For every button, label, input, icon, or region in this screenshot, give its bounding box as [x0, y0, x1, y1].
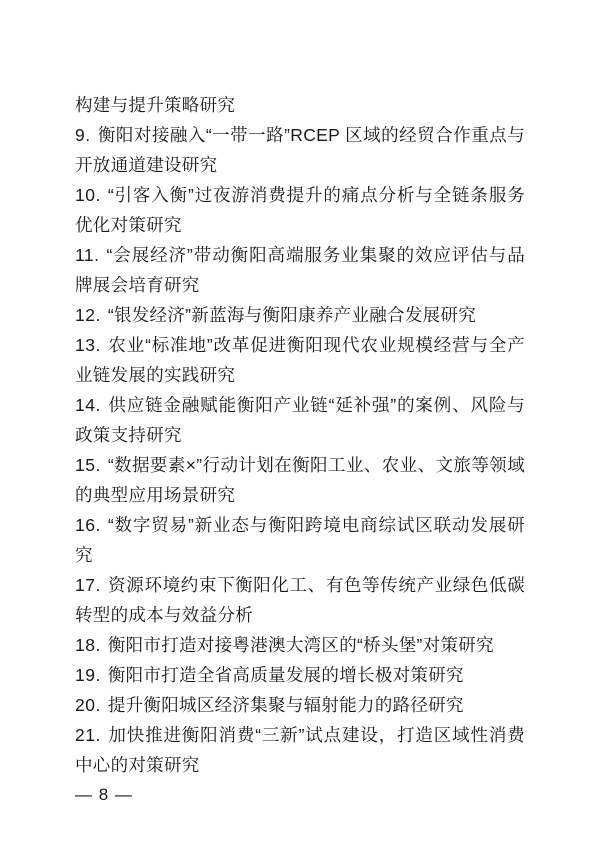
item-number: 12.: [75, 305, 101, 325]
list-item-11: 11.“会展经济”带动衡阳高端服务业集聚的效应评估与品牌展会培育研究: [75, 240, 525, 300]
item-text: “银发经济”新蓝海与衡阳康养产业融合发展研究: [108, 305, 476, 325]
item-number: 9.: [75, 125, 91, 145]
list-item-18: 18.衡阳市打造对接粤港澳大湾区的“桥头堡”对策研究: [75, 630, 525, 660]
list-item-12: 12.“银发经济”新蓝海与衡阳康养产业融合发展研究: [75, 300, 525, 330]
item-number: 15.: [75, 455, 101, 475]
item-text: “引客入衡”过夜游消费提升的痛点分析与全链条服务优化对策研究: [75, 185, 525, 235]
item-text: 衡阳市打造全省高质量发展的增长极对策研究: [108, 665, 464, 685]
item-number: 10.: [75, 185, 101, 205]
item-text: 加快推进衡阳消费“三新”试点建设，打造区域性消费中心的对策研究: [75, 725, 525, 775]
item-text: “数据要素×”行动计划在衡阳工业、农业、文旅等领域的典型应用场景研究: [75, 455, 525, 505]
item-text: “数字贸易”新业态与衡阳跨境电商综试区联动发展研究: [75, 515, 525, 565]
list-item-9: 9.衡阳对接融入“一带一路”RCEP 区域的经贸合作重点与开放通道建设研究: [75, 120, 525, 180]
item-text: 农业“标准地”改革促进衡阳现代农业规模经营与全产业链发展的实践研究: [75, 335, 525, 385]
list-item-10: 10.“引客入衡”过夜游消费提升的痛点分析与全链条服务优化对策研究: [75, 180, 525, 240]
item-text: 衡阳市打造对接粤港澳大湾区的“桥头堡”对策研究: [108, 635, 494, 655]
item-number: 17.: [75, 575, 101, 595]
list-item-16: 16.“数字贸易”新业态与衡阳跨境电商综试区联动发展研究: [75, 510, 525, 570]
continuation-line: 构建与提升策略研究: [75, 90, 525, 120]
item-number: 13.: [75, 335, 101, 355]
list-item-14: 14.供应链金融赋能衡阳产业链“延补强”的案例、风险与政策支持研究: [75, 390, 525, 450]
list-item-21: 21.加快推进衡阳消费“三新”试点建设，打造区域性消费中心的对策研究: [75, 720, 525, 780]
list-item-17: 17.资源环境约束下衡阳化工、有色等传统产业绿色低碳转型的成本与效益分析: [75, 570, 525, 630]
item-number: 19.: [75, 665, 101, 685]
item-text: 衡阳对接融入“一带一路”RCEP 区域的经贸合作重点与开放通道建设研究: [75, 125, 525, 175]
item-text: 供应链金融赋能衡阳产业链“延补强”的案例、风险与政策支持研究: [75, 395, 525, 445]
document-content: 构建与提升策略研究 9.衡阳对接融入“一带一路”RCEP 区域的经贸合作重点与开…: [75, 90, 525, 810]
item-number: 21.: [75, 725, 101, 745]
item-number: 11.: [75, 245, 100, 265]
item-number: 16.: [75, 515, 101, 535]
item-number: 18.: [75, 635, 101, 655]
page-number: — 8 —: [75, 780, 525, 810]
item-text: “会展经济”带动衡阳高端服务业集聚的效应评估与品牌展会培育研究: [75, 245, 525, 295]
list-item-13: 13.农业“标准地”改革促进衡阳现代农业规模经营与全产业链发展的实践研究: [75, 330, 525, 390]
list-item-15: 15.“数据要素×”行动计划在衡阳工业、农业、文旅等领域的典型应用场景研究: [75, 450, 525, 510]
list-item-19: 19.衡阳市打造全省高质量发展的增长极对策研究: [75, 660, 525, 690]
item-text: 资源环境约束下衡阳化工、有色等传统产业绿色低碳转型的成本与效益分析: [75, 575, 525, 625]
item-text: 提升衡阳城区经济集聚与辐射能力的路径研究: [108, 695, 464, 715]
document-page: 构建与提升策略研究 9.衡阳对接融入“一带一路”RCEP 区域的经贸合作重点与开…: [0, 0, 600, 848]
list-item-20: 20.提升衡阳城区经济集聚与辐射能力的路径研究: [75, 690, 525, 720]
item-number: 20.: [75, 695, 101, 715]
item-number: 14.: [75, 395, 101, 415]
